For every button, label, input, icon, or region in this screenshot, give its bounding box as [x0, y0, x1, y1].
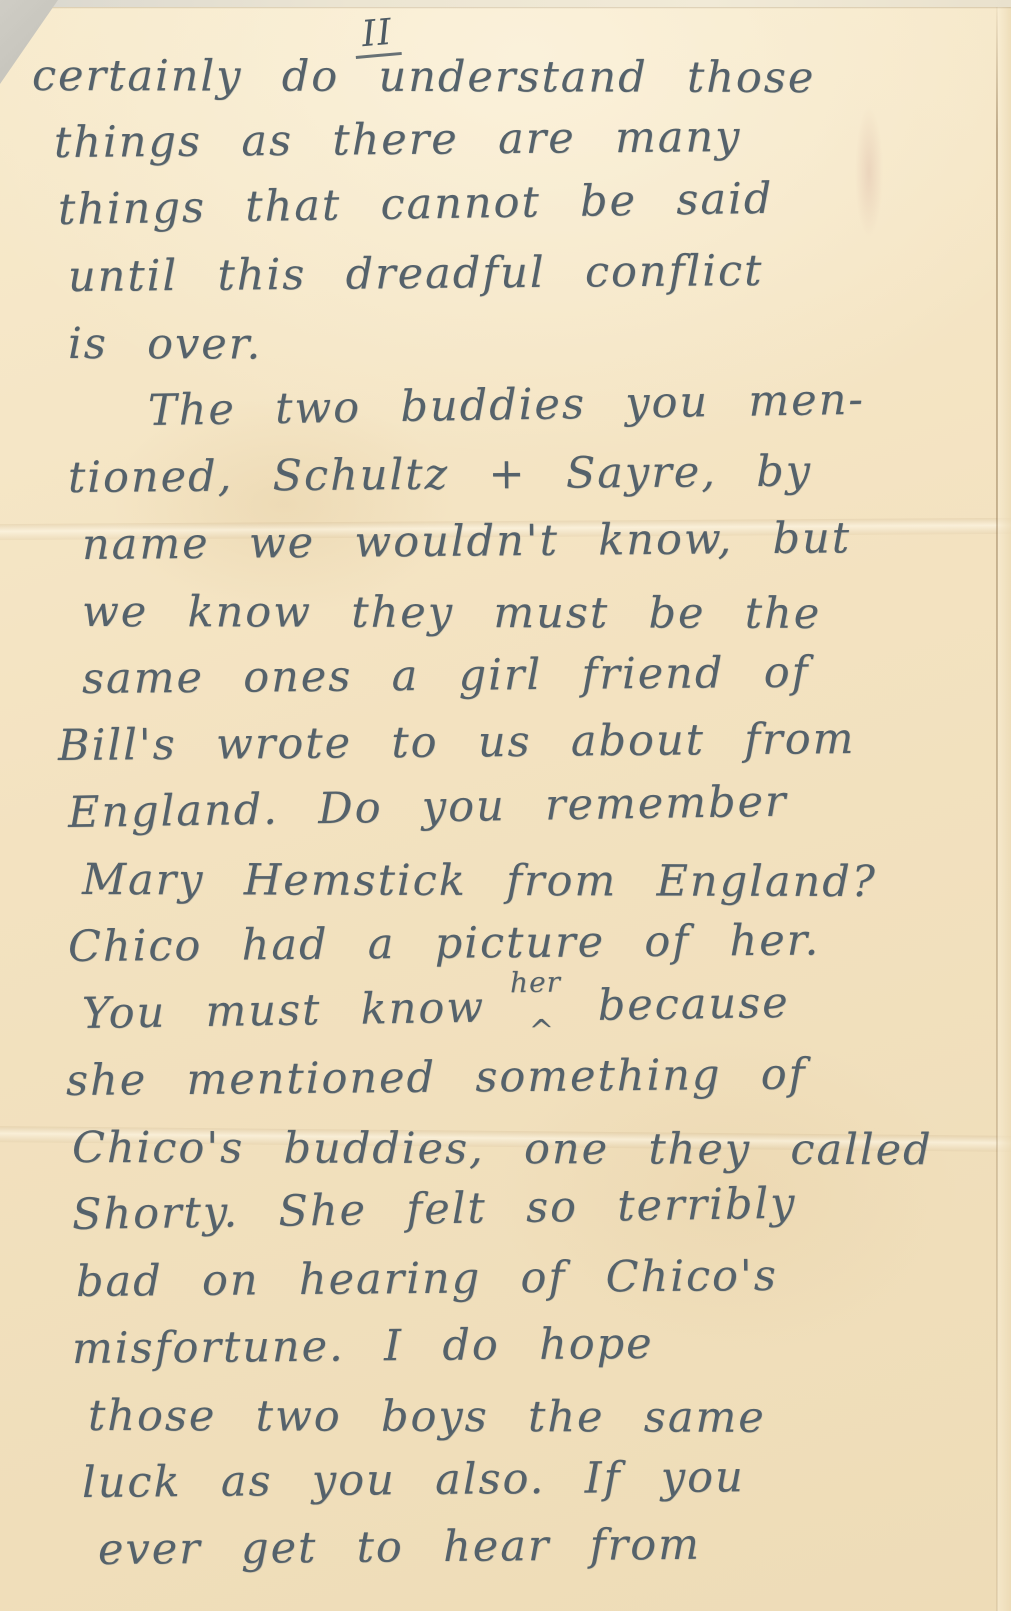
handwritten-line: certainly do understand those — [32, 43, 963, 112]
scanned-letter-page: II certainly do understand those things … — [0, 0, 1011, 1611]
letter-paper: II certainly do understand those things … — [0, 7, 1011, 1611]
handwritten-line: misfortune. I do hope — [72, 1308, 964, 1383]
handwritten-line: Mary Hemstick from England? — [82, 847, 963, 916]
handwritten-line: we know they must be the — [82, 579, 963, 648]
handwritten-line: Shorty. She felt so terribly — [71, 1168, 963, 1249]
handwritten-line: things that cannot be said — [57, 163, 963, 244]
handwritten-line: The two buddies you men- — [147, 365, 963, 445]
handwritten-line: until this dreadful conflict — [68, 236, 964, 311]
interlinear-insertion: her ^ — [524, 974, 559, 1042]
handwritten-line: tioned, Schultz + Sayre, by — [68, 437, 964, 512]
handwritten-line: same ones a girl friend of — [82, 638, 964, 713]
handwritten-line: she mentioned something of — [66, 1040, 964, 1115]
handwritten-line: luck as you also. If you — [82, 1442, 964, 1517]
line-segment-post: because — [597, 978, 790, 1031]
handwritten-line: name we wouldn't know, but — [82, 504, 964, 579]
handwritten-line: bad on hearing of Chico's — [76, 1241, 964, 1316]
inserted-word: her — [510, 968, 561, 997]
letter-body: certainly do understand those things as … — [26, 43, 963, 1584]
handwritten-line: ever get to hear from — [98, 1509, 964, 1584]
caret-icon: ^ — [529, 1017, 557, 1047]
paper-right-edge-line — [996, 7, 998, 1611]
handwritten-line: England. Do you remember — [67, 766, 963, 847]
handwritten-line-with-insertion: You must know her ^ because — [81, 967, 963, 1048]
paper-right-edge-strip — [997, 7, 1011, 1611]
line-segment-pre: You must know — [82, 983, 486, 1039]
handwritten-line: those two boys the same — [88, 1383, 963, 1452]
scan-top-edge — [0, 0, 1011, 7]
